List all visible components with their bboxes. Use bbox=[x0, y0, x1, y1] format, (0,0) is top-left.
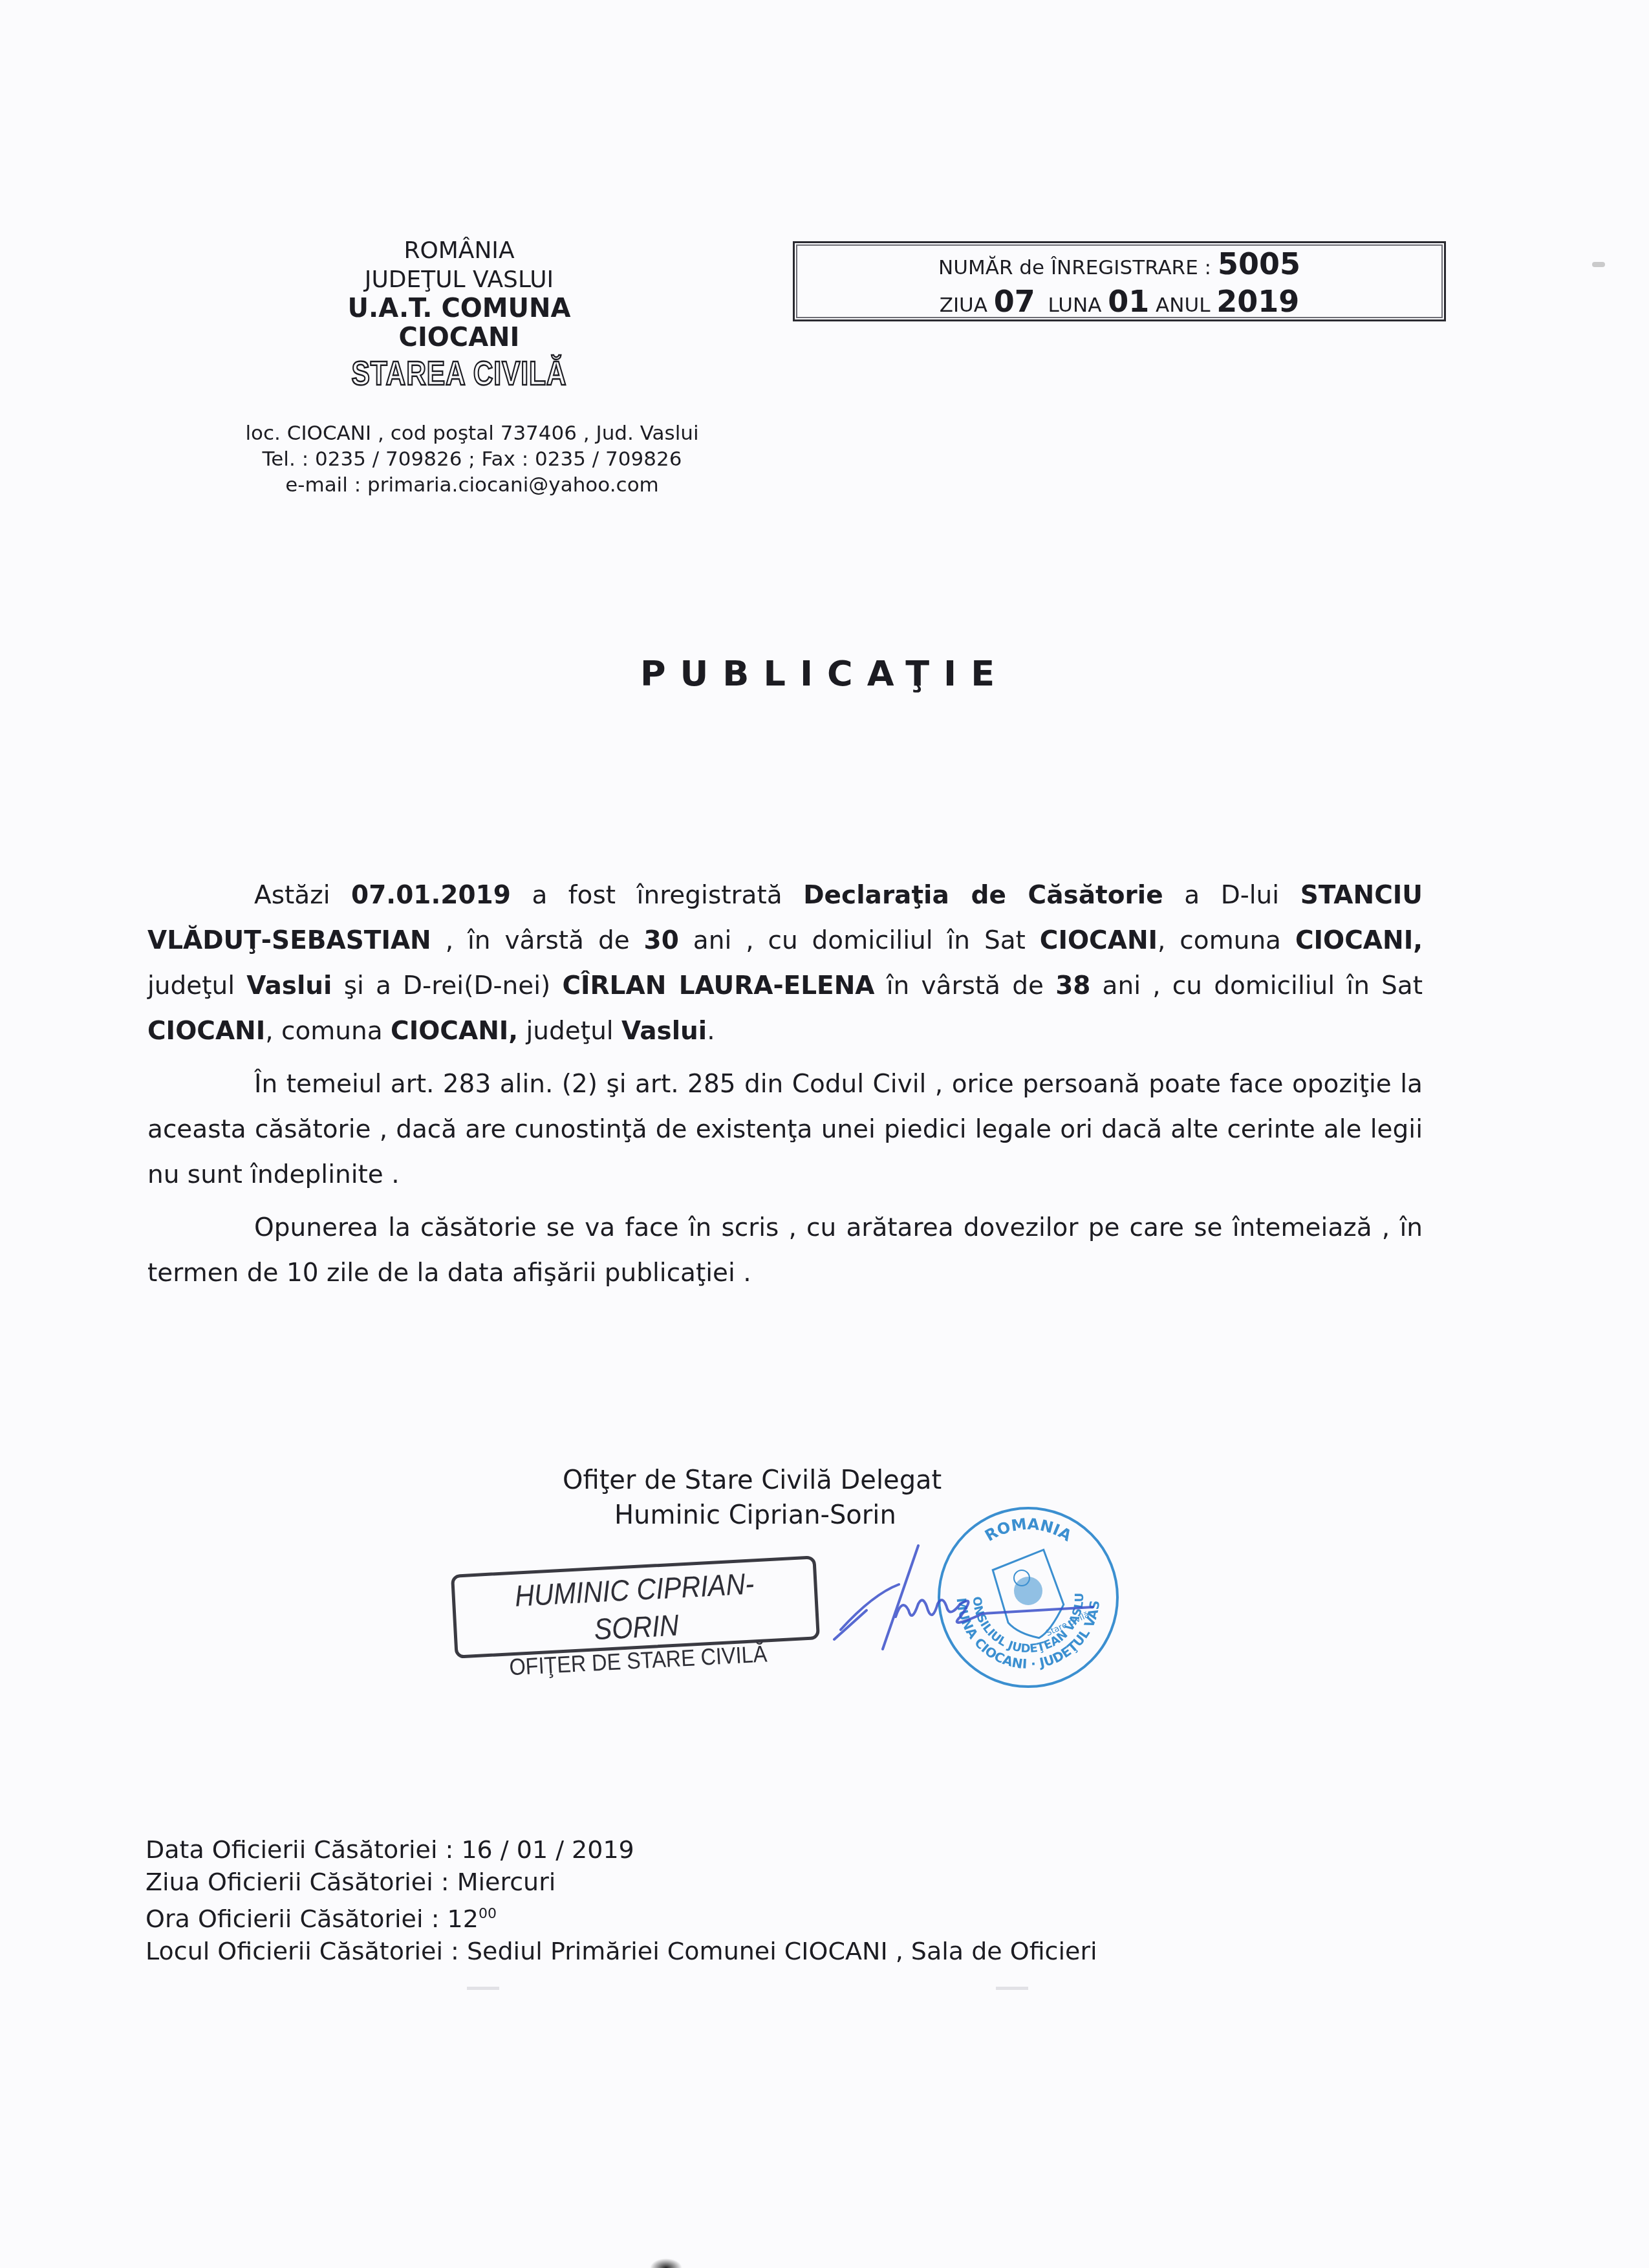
handwritten-signature-icon bbox=[821, 1533, 1145, 1662]
ceremony-hour: 12 bbox=[447, 1905, 479, 1933]
scan-artifact bbox=[1592, 262, 1605, 267]
ceremony-day-row: Ziua Oficierii Căsătoriei : Miercuri bbox=[145, 1866, 1097, 1898]
scan-artifact bbox=[650, 2258, 682, 2268]
institution-line: U.A.T. COMUNA CIOCANI bbox=[297, 294, 621, 352]
document-title: PUBLICAŢIE bbox=[0, 653, 1649, 694]
scan-artifact bbox=[467, 1987, 499, 1990]
department-title: STAREA CIVILĂ bbox=[327, 354, 592, 393]
day-value: 07 bbox=[994, 284, 1035, 319]
ceremony-place: Sediul Primăriei Comunei CIOCANI , Sala … bbox=[467, 1937, 1097, 1965]
document-body: Astăzi 07.01.2019 a fost înregistrată De… bbox=[147, 873, 1423, 1304]
paragraph-declaration: Astăzi 07.01.2019 a fost înregistrată De… bbox=[147, 873, 1423, 1054]
registration-number-label: NUMĂR de ÎNREGISTRARE : bbox=[938, 256, 1211, 279]
county-line: JUDEŢUL VASLUI bbox=[297, 265, 621, 294]
address-line: loc. CIOCANI , cod poştal 737406 , Jud. … bbox=[194, 420, 750, 446]
issuer-header: ROMÂNIA JUDEŢUL VASLUI U.A.T. COMUNA CIO… bbox=[297, 236, 621, 352]
country-line: ROMÂNIA bbox=[297, 236, 621, 265]
officer-role: Ofiţer de Stare Civilă Delegat bbox=[563, 1465, 942, 1495]
ceremony-date: 16 / 01 / 2019 bbox=[461, 1835, 634, 1864]
day-label: ZIUA bbox=[940, 294, 987, 317]
year-label: ANUL bbox=[1156, 294, 1210, 317]
declaration-date: 07.01.2019 bbox=[351, 881, 511, 910]
year-value: 2019 bbox=[1216, 284, 1299, 319]
phone-fax-line: Tel. : 0235 / 709826 ; Fax : 0235 / 7098… bbox=[194, 446, 750, 472]
ceremony-place-row: Locul Oficierii Căsătoriei : Sediul Prim… bbox=[145, 1935, 1097, 1967]
ceremony-date-row: Data Oficierii Căsătoriei : 16 / 01 / 20… bbox=[145, 1833, 1097, 1866]
registration-number: 5005 bbox=[1218, 246, 1300, 281]
registration-date-row: ZIUA 07 LUNA 01 ANUL 2019 bbox=[795, 285, 1444, 322]
bride-name: CÎRLAN LAURA-ELENA bbox=[562, 971, 874, 1000]
email-line: e-mail : primaria.ciocani@yahoo.com bbox=[194, 472, 750, 498]
paragraph-opposition: Opunerea la căsătorie se va face în scri… bbox=[147, 1205, 1423, 1296]
bride-age: 38 bbox=[1055, 971, 1090, 1000]
declaration-type: Declaraţia de Căsătorie bbox=[803, 881, 1163, 910]
paragraph-legal-basis: În temeiul art. 283 alin. (2) şi art. 28… bbox=[147, 1062, 1423, 1198]
ceremony-minutes: 00 bbox=[479, 1906, 497, 1922]
scan-artifact bbox=[996, 1987, 1028, 1990]
ceremony-time-row: Ora Oficierii Căsătoriei : 1200 bbox=[145, 1898, 1097, 1935]
registration-number-row: NUMĂR de ÎNREGISTRARE : 5005 bbox=[795, 247, 1444, 285]
officer-name-stamp: HUMINIC CIPRIAN-SORIN OFIŢER DE STARE CI… bbox=[451, 1555, 820, 1658]
registration-box: NUMĂR de ÎNREGISTRARE : 5005 ZIUA 07 LUN… bbox=[793, 241, 1446, 321]
month-value: 01 bbox=[1108, 284, 1149, 319]
month-label: LUNA bbox=[1048, 294, 1102, 317]
contact-info: loc. CIOCANI , cod poştal 737406 , Jud. … bbox=[194, 420, 750, 498]
ceremony-day: Miercuri bbox=[457, 1868, 556, 1896]
groom-age: 30 bbox=[644, 926, 679, 955]
ceremony-details: Data Oficierii Căsătoriei : 16 / 01 / 20… bbox=[145, 1833, 1097, 1967]
